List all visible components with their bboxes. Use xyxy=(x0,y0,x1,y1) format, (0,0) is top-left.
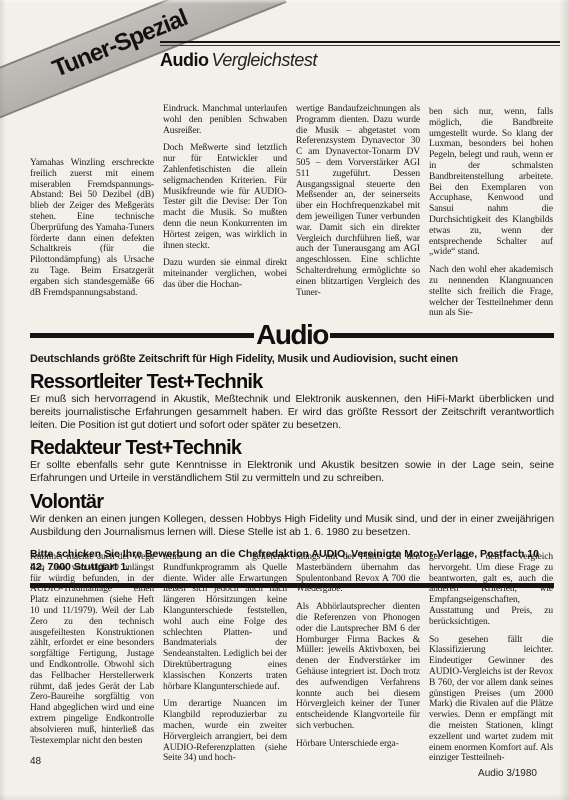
header-rule-bottom xyxy=(160,45,560,46)
article-paragraph: Yamahas Winzling erschreckte freilich zu… xyxy=(30,158,154,298)
job-title-redakteur: Redakteur Test+Technik xyxy=(30,439,554,457)
article-paragraph: Kummer machte auch der Wega Lab Zero, vo… xyxy=(30,552,154,746)
job-ad: Audio Deutschlands größte Zeitschrift fü… xyxy=(30,324,554,588)
article-top-section: Yamahas Winzling erschreckte freilich zu… xyxy=(30,100,554,328)
article-column: tenne gelieferte Rundfunkprogramm als Qu… xyxy=(163,552,287,764)
job-ad-rule-right xyxy=(330,333,554,338)
article-column: Eindruck. Manchmal unterlaufen wohl den … xyxy=(163,100,287,328)
job-title-ressortleiter: Ressortleiter Test+Technik xyxy=(30,373,554,391)
article-column: Yamahas Winzling erschreckte freilich zu… xyxy=(30,100,154,328)
job-title-volontaer: Volontär xyxy=(30,493,554,511)
job-ad-rule-left xyxy=(30,333,254,338)
job-ad-logo-row: Audio xyxy=(30,324,554,346)
magazine-logo: Audio xyxy=(160,50,209,70)
article-paragraph: Hörbare Unterschiede erga- xyxy=(296,739,420,750)
page-header: AudioVergleichstest xyxy=(160,50,317,71)
article-paragraph: ger aus dem Vergleich hervorgeht. Um die… xyxy=(429,552,553,628)
article-bottom-section: Kummer machte auch der Wega Lab Zero, vo… xyxy=(30,552,554,764)
job-ad-logo: Audio xyxy=(254,324,330,346)
article-paragraph: tenne gelieferte Rundfunkprogramm als Qu… xyxy=(163,552,287,692)
issue-label: Audio 3/1980 xyxy=(478,768,537,779)
article-paragraph: Eindruck. Manchmal unterlaufen wohl den … xyxy=(163,104,287,136)
article-paragraph: ben sich nur, wenn, falls möglich, die B… xyxy=(429,107,553,258)
article-column: ger aus dem Vergleich hervorgeht. Um die… xyxy=(429,552,553,764)
job-description-ressortleiter: Er muß sich hervorragend in Akustik, Meß… xyxy=(30,393,554,431)
article-column: ben sich nur, wenn, falls möglich, die B… xyxy=(429,100,553,328)
article-paragraph: Doch Meßwerte sind letztlich nur für Ent… xyxy=(163,143,287,251)
tuner-spezial-label: Tuner-Spezial xyxy=(49,4,192,83)
article-paragraph: Um derartige Nuancen im Klangbild reprod… xyxy=(163,699,287,764)
article-paragraph: So gesehen fällt die Klassifizierung lei… xyxy=(429,635,553,764)
header-rule-top xyxy=(160,41,560,43)
job-description-redakteur: Er sollte ebenfalls sehr gute Kenntnisse… xyxy=(30,459,554,485)
job-ad-intro: Deutschlands größte Zeitschrift für High… xyxy=(30,353,554,365)
article-paragraph: Als Abhörlautsprecher dienten die Refere… xyxy=(296,602,420,732)
article-column: wertige Bandaufzeichnungen als Programm … xyxy=(296,100,420,328)
section-title: Vergleichstest xyxy=(212,50,317,70)
article-paragraph: wertige Bandaufzeichnungen als Programm … xyxy=(296,104,420,298)
article-column: klangs mit der Platte. Bei den Masterbän… xyxy=(296,552,420,764)
article-paragraph: Dazu wurden sie einmal direkt miteinande… xyxy=(163,258,287,290)
article-paragraph: klangs mit der Platte. Bei den Masterbän… xyxy=(296,552,420,595)
article-column: Kummer machte auch der Wega Lab Zero, vo… xyxy=(30,552,154,764)
article-paragraph: Nach den wohl eher akademisch zu nennend… xyxy=(429,265,553,319)
page-number: 48 xyxy=(30,756,41,767)
job-description-volontaer: Wir denken an einen jungen Kollegen, des… xyxy=(30,513,554,539)
